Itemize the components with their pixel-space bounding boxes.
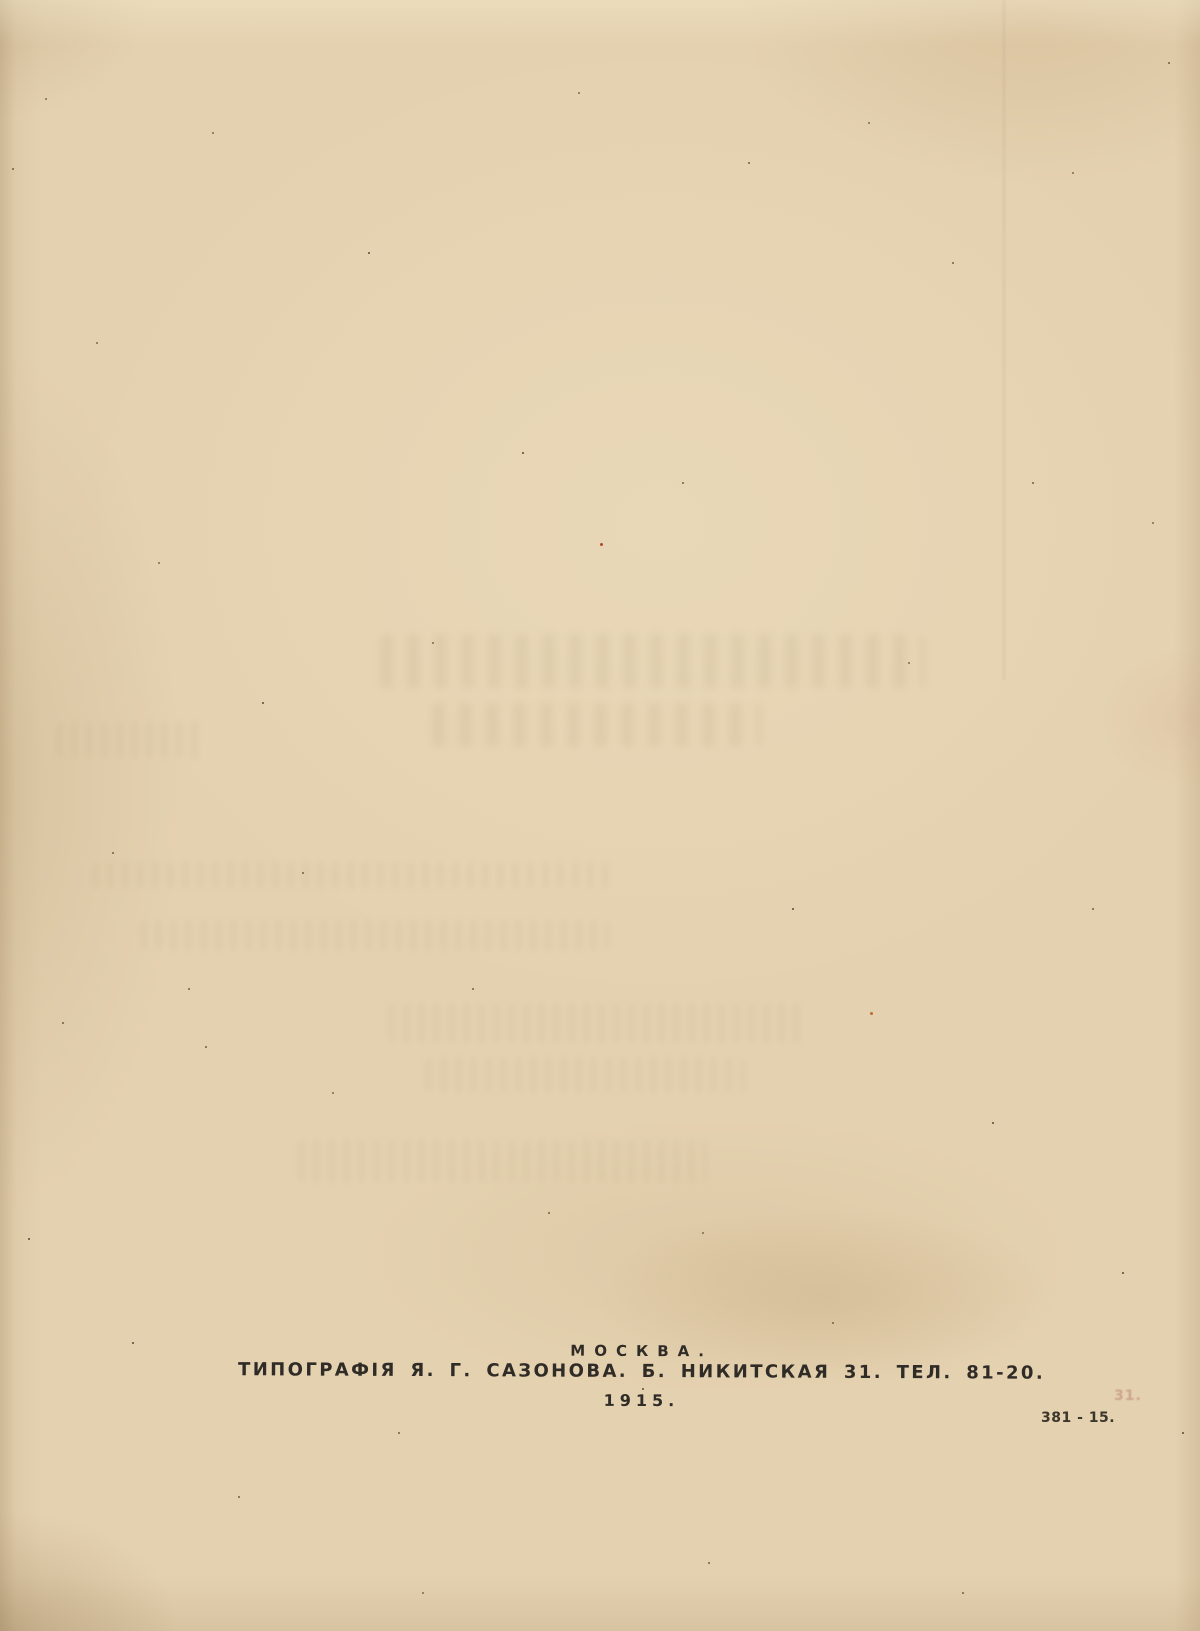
faint-marginal-number: 31. bbox=[1114, 1388, 1142, 1404]
scanned-book-page: МОСКВА. ТИПОГРАФІЯ Я. Г. САЗОНОВА. Б. НИ… bbox=[0, 0, 1200, 1631]
imprint-printer-line: ТИПОГРАФІЯ Я. Г. САЗОНОВА. Б. НИКИТСКАЯ … bbox=[42, 1358, 1200, 1384]
printer-imprint-block: МОСКВА. ТИПОГРАФІЯ Я. Г. САЗОНОВА. Б. НИ… bbox=[40, 0, 1200, 1631]
print-order-code: 381 - 15. bbox=[1041, 1410, 1115, 1426]
imprint-year-line: 1915. bbox=[41, 1388, 1200, 1412]
